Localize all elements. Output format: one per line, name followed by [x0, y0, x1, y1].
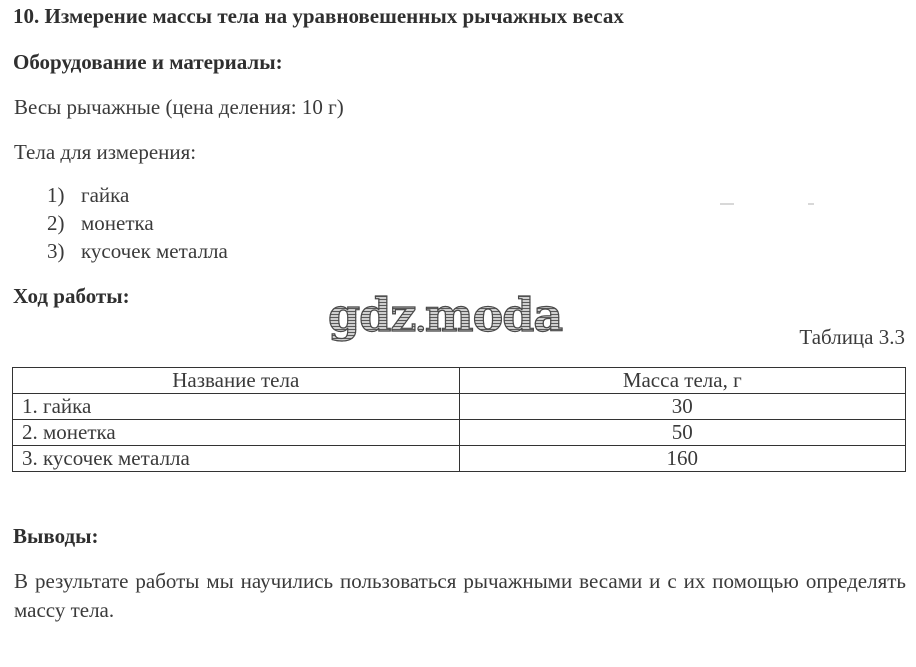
- mass-table: Название тела Масса тела, г 1. гайка 30 …: [12, 367, 906, 472]
- document-title: 10. Измерение массы тела на уравновешенн…: [13, 4, 624, 29]
- cell-body-name: 3. кусочек металла: [13, 446, 460, 472]
- list-item: 3) кусочек металла: [47, 237, 228, 265]
- equipment-heading: Оборудование и материалы:: [13, 50, 283, 75]
- table-row: 2. монетка 50: [13, 420, 906, 446]
- cell-body-mass: 30: [459, 394, 905, 420]
- procedure-heading: Ход работы:: [13, 284, 130, 309]
- watermark-dot: .: [415, 304, 424, 339]
- watermark-left: gdz: [328, 288, 415, 342]
- faint-artifact: [720, 203, 820, 207]
- table-row: 1. гайка 30: [13, 394, 906, 420]
- table-row: 3. кусочек металла 160: [13, 446, 906, 472]
- list-item: 2) монетка: [47, 209, 228, 237]
- list-item: 1) гайка: [47, 181, 228, 209]
- list-item-label: кусочек металла: [81, 237, 228, 265]
- table-header-row: Название тела Масса тела, г: [13, 368, 906, 394]
- conclusions-text: В результате работы мы научились пользов…: [14, 567, 906, 625]
- conclusions-heading: Выводы:: [13, 524, 99, 549]
- list-item-label: монетка: [81, 209, 154, 237]
- watermark-logo: gdz.moda: [328, 288, 562, 342]
- list-item-number: 2): [47, 209, 81, 237]
- watermark-right: moda: [425, 288, 562, 342]
- list-item-number: 3): [47, 237, 81, 265]
- bodies-list: 1) гайка 2) монетка 3) кусочек металла: [47, 181, 228, 265]
- list-item-number: 1): [47, 181, 81, 209]
- header-body-mass: Масса тела, г: [459, 368, 905, 394]
- table-caption: Таблица 3.3: [799, 325, 905, 350]
- cell-body-name: 2. монетка: [13, 420, 460, 446]
- cell-body-name: 1. гайка: [13, 394, 460, 420]
- cell-body-mass: 50: [459, 420, 905, 446]
- scales-text: Весы рычажные (цена деления: 10 г): [14, 95, 344, 120]
- header-body-name: Название тела: [13, 368, 460, 394]
- list-item-label: гайка: [81, 181, 129, 209]
- bodies-label: Тела для измерения:: [14, 140, 196, 165]
- cell-body-mass: 160: [459, 446, 905, 472]
